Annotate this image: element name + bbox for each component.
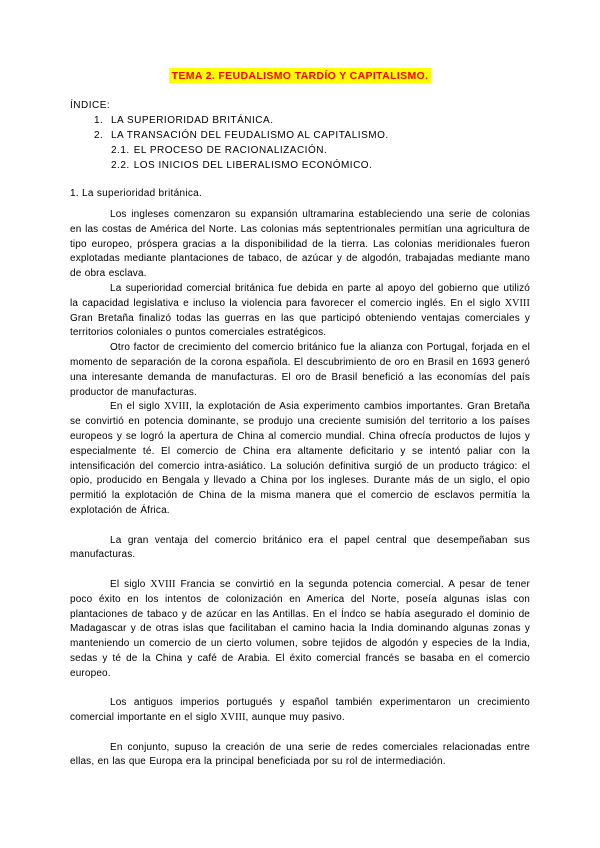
paragraph: El siglo XVIII Francia se convirtió en l… <box>70 578 530 682</box>
paragraph: La superioridad comercial británica fue … <box>70 282 530 341</box>
paragraph: Otro factor de crecimiento del comercio … <box>70 341 530 400</box>
index-item: 2.2.LOS INICIOS DEL LIBERALISMO ECONÓMIC… <box>70 158 530 173</box>
index-item-number: 1. <box>94 113 111 128</box>
index-item: 2.LA TRANSACIÓN DEL FEUDALISMO AL CAPITA… <box>70 128 530 143</box>
index-item-label: EL PROCESO DE RACIONALIZACIÓN. <box>134 145 328 156</box>
index-heading: ÍNDICE: <box>70 98 530 113</box>
index-item-label: LA TRANSACIÓN DEL FEUDALISMO AL CAPITALI… <box>111 130 389 141</box>
paragraph: Los ingleses comenzaron su expansión ult… <box>70 208 530 282</box>
section-heading: 1. La superioridad británica. <box>70 186 530 201</box>
paragraph: La gran ventaja del comercio británico e… <box>70 534 530 564</box>
index-block: ÍNDICE: 1.LA SUPERIORIDAD BRITÁNICA. 2.L… <box>70 98 530 173</box>
index-item-number: 2.2. <box>111 160 130 171</box>
paragraph: En el siglo XVIII, la explotación de Asi… <box>70 400 530 518</box>
index-item-number: 2.1. <box>111 145 130 156</box>
document-title-line: TEMA 2. FEUDALISMO TARDÍO Y CAPITALISMO. <box>70 68 530 85</box>
document-page: TEMA 2. FEUDALISMO TARDÍO Y CAPITALISMO.… <box>0 0 600 848</box>
index-item: 1.LA SUPERIORIDAD BRITÁNICA. <box>70 113 530 128</box>
index-item: 2.1.EL PROCESO DE RACIONALIZACIÓN. <box>70 143 530 158</box>
document-title: TEMA 2. FEUDALISMO TARDÍO Y CAPITALISMO. <box>169 68 432 83</box>
index-item-label: LOS INICIOS DEL LIBERALISMO ECONÓMICO. <box>134 160 373 171</box>
paragraph: En conjunto, supuso la creación de una s… <box>70 741 530 771</box>
paragraph: Los antiguos imperios portugués y españo… <box>70 696 530 726</box>
index-item-label: LA SUPERIORIDAD BRITÁNICA. <box>111 115 273 126</box>
index-item-number: 2. <box>94 128 111 143</box>
